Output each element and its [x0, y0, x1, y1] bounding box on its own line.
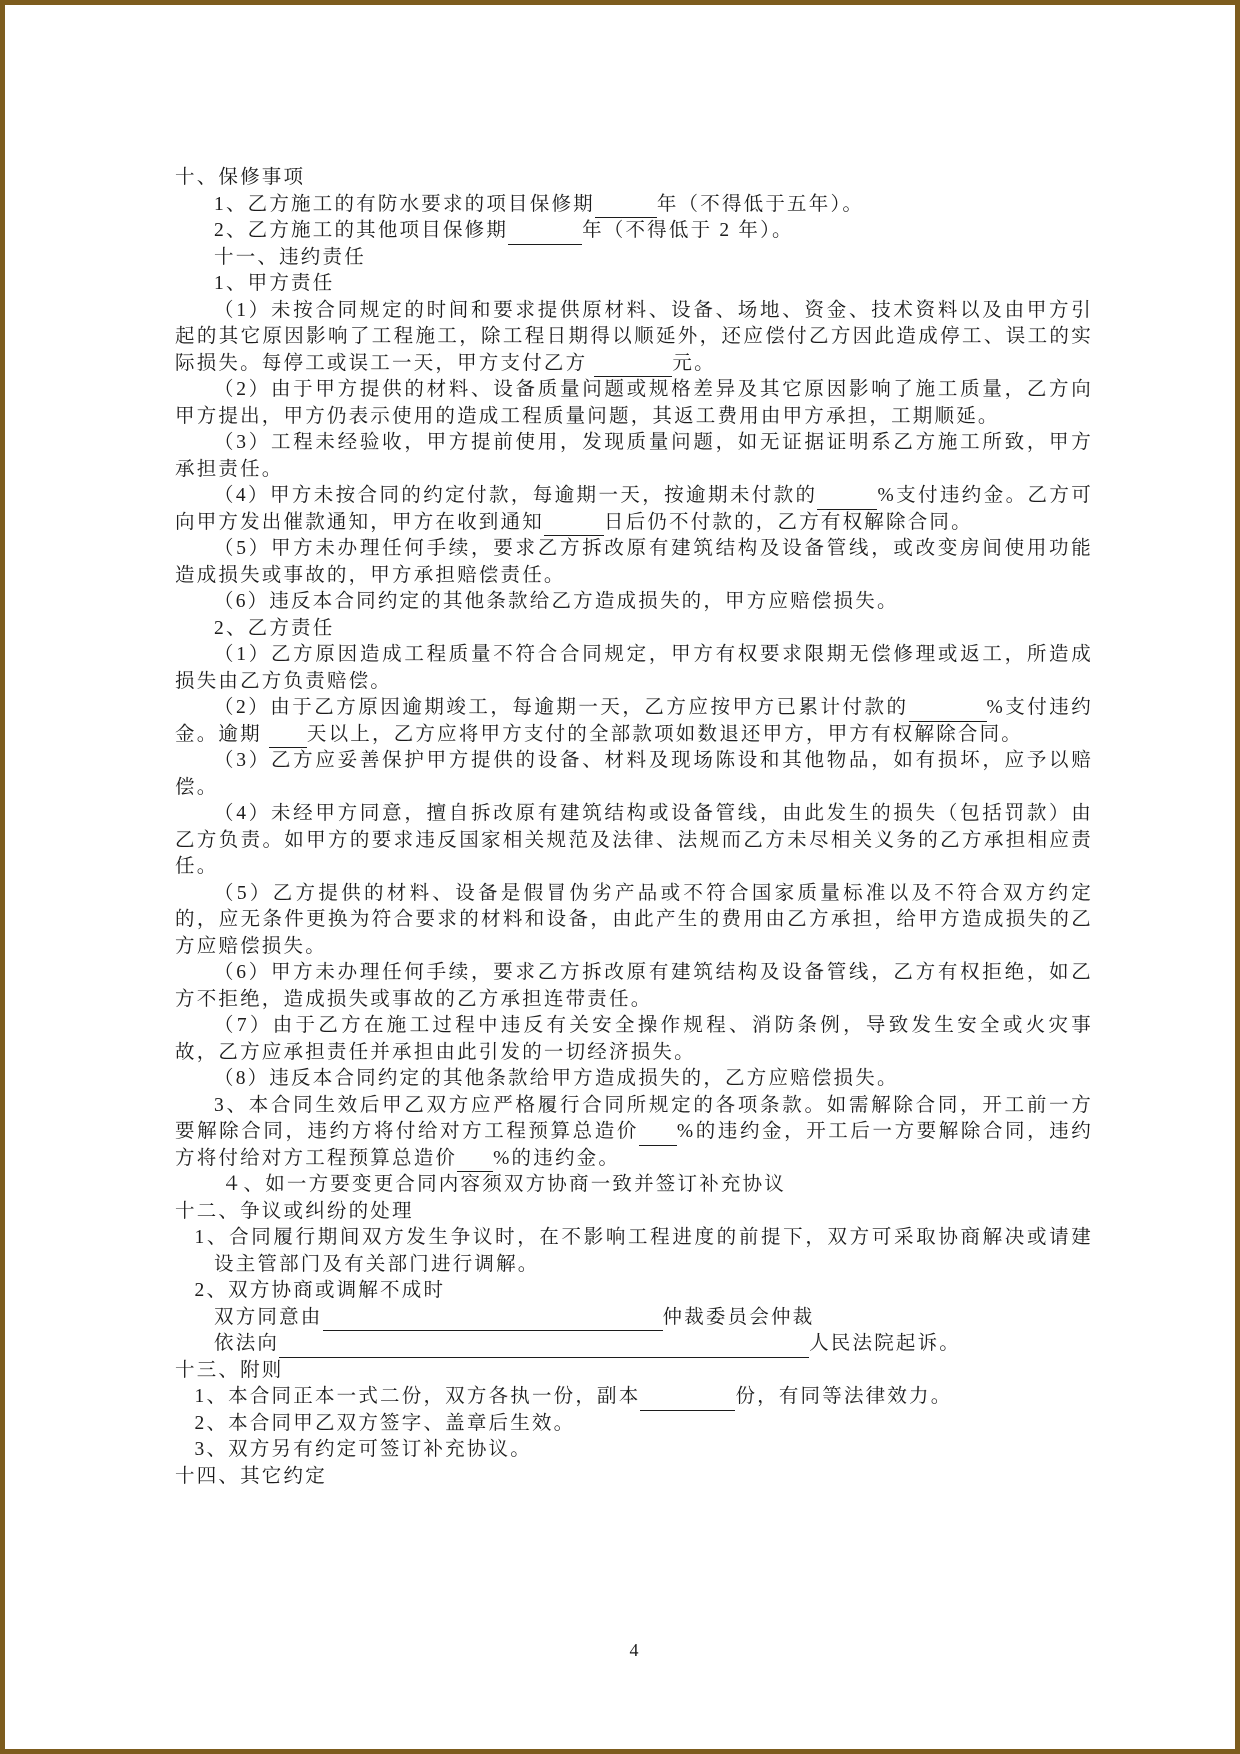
text-run: （5）甲方未办理任何手续，要求乙方拆改原有建筑结构及设备管线，或改变房间使用功能… [175, 538, 1093, 586]
text-run: （1）乙方原因造成工程质量不符合合同规定，甲方有权要求限期无偿修理或返工，所造成… [175, 644, 1093, 692]
blank-underline [595, 197, 657, 218]
dispute-item-2: 2、双方协商或调解不成时 [175, 1278, 1093, 1305]
text-run: （4）未经甲方同意，擅自拆改原有建筑结构或设备管线，由此发生的损失（包括罚款）由… [175, 803, 1093, 877]
court-line: 依法向人民法院起诉。 [175, 1331, 1093, 1358]
text-run: 2、乙方责任 [214, 618, 334, 639]
section-13-heading: 十三、附则 [175, 1358, 1093, 1385]
text-run: 2、乙方施工的其他项目保修期 [214, 220, 508, 241]
liability-clause-4: ４、如一方要变更合同内容须双方协商一致并签订补充协议 [175, 1172, 1093, 1199]
text-run: 仲裁委员会仲裁 [663, 1307, 815, 1328]
party-a-item-4: （4）甲方未按合同的约定付款，每逾期一天，按逾期未付款的%支付违约金。乙方可向甲… [175, 483, 1093, 536]
text-run: 1、合同履行期间双方发生争议时，在不影响工程进度的前提下，双方可采取协商解决或请… [195, 1227, 1094, 1275]
party-b-item-6: （6）甲方未办理任何手续，要求乙方拆改原有建筑结构及设备管线，乙方有权拒绝，如乙… [175, 960, 1093, 1013]
text-run: 十四、其它约定 [175, 1466, 327, 1487]
section-10-heading: 十、保修事项 [175, 165, 1093, 192]
text-run: 3、双方另有约定可签订补充协议。 [195, 1439, 532, 1460]
contract-page: 十、保修事项1、乙方施工的有防水要求的项目保修期年（不得低于五年）。2、乙方施工… [0, 0, 1240, 1754]
section-14-heading: 十四、其它约定 [175, 1464, 1093, 1491]
section-11-heading: 十一、违约责任 [175, 245, 1093, 272]
text-run: %的违约金。 [493, 1148, 620, 1169]
party-b-item-8: （8）违反本合同约定的其他条款给甲方造成损失的，乙方应赔偿损失。 [175, 1066, 1093, 1093]
text-run: （7）由于乙方在施工过程中违反有关安全操作规程、消防条例，导致发生安全或火灾事故… [175, 1015, 1093, 1063]
party-b-item-7: （7）由于乙方在施工过程中违反有关安全操作规程、消防条例，导致发生安全或火灾事故… [175, 1013, 1093, 1066]
party-b-item-4: （4）未经甲方同意，擅自拆改原有建筑结构或设备管线，由此发生的损失（包括罚款）由… [175, 801, 1093, 881]
text-run: （8）违反本合同约定的其他条款给甲方造成损失的，乙方应赔偿损失。 [214, 1068, 899, 1089]
party-a-liability-heading: 1、甲方责任 [175, 271, 1093, 298]
party-a-item-6: （6）违反本合同约定的其他条款给乙方造成损失的，甲方应赔偿损失。 [175, 589, 1093, 616]
text-run: （6）违反本合同约定的其他条款给乙方造成损失的，甲方应赔偿损失。 [214, 591, 899, 612]
text-run: ４、如一方要变更合同内容须双方协商一致并签订补充协议 [222, 1174, 786, 1195]
text-run: （3）工程未经验收，甲方提前使用，发现质量问题，如无证据证明系乙方施工所致，甲方… [175, 432, 1093, 480]
text-run: 依法向 [214, 1333, 279, 1354]
text-run: 日后仍不付款的，乙方有权解除合同。 [604, 512, 973, 533]
text-run: 天以上，乙方应将甲方支付的全部款项如数退还甲方，甲方有权解除合同。 [307, 724, 1023, 745]
warranty-item-2: 2、乙方施工的其他项目保修期年（不得低于 2 年）。 [175, 218, 1093, 245]
party-a-item-1: （1）未按合同规定的时间和要求提供原材料、设备、场地、资金、技术资料以及由甲方引… [175, 298, 1093, 378]
text-run: 份，有同等法律效力。 [735, 1386, 952, 1407]
party-a-item-2: （2）由于甲方提供的材料、设备质量问题或规格差异及其它原因影响了施工质量，乙方向… [175, 377, 1093, 430]
section-12-heading: 十二、争议或纠纷的处理 [175, 1199, 1093, 1226]
warranty-item-1: 1、乙方施工的有防水要求的项目保修期年（不得低于五年）。 [175, 192, 1093, 219]
party-b-item-2: （2）由于乙方原因逾期竣工，每逾期一天，乙方应按甲方已累计付款的%支付违约金。逾… [175, 695, 1093, 748]
text-run: 十三、附则 [175, 1360, 284, 1381]
blank-underline [909, 701, 987, 722]
annex-item-3: 3、双方另有约定可签订补充协议。 [175, 1437, 1093, 1464]
page-number: 4 [175, 1638, 1093, 1662]
annex-item-1: 1、本合同正本一式二份，双方各执一份，副本份，有同等法律效力。 [175, 1384, 1093, 1411]
annex-item-2: 2、本合同甲乙双方签字、盖章后生效。 [175, 1411, 1093, 1438]
blank-underline [639, 1125, 677, 1146]
text-run: 1、甲方责任 [214, 273, 334, 294]
party-a-item-3: （3）工程未经验收，甲方提前使用，发现质量问题，如无证据证明系乙方施工所致，甲方… [175, 430, 1093, 483]
blank-underline [817, 489, 877, 510]
liability-clause-3: 3、本合同生效后甲乙双方应严格履行合同所规定的各项条款。如需解除合同，开工前一方… [175, 1093, 1093, 1173]
text-run: 2、双方协商或调解不成时 [195, 1280, 446, 1301]
blank-underline [269, 727, 307, 748]
party-b-item-3: （3）乙方应妥善保护甲方提供的设备、材料及现场陈设和其他物品，如有损坏，应予以赔… [175, 748, 1093, 801]
document-body: 十、保修事项1、乙方施工的有防水要求的项目保修期年（不得低于五年）。2、乙方施工… [175, 165, 1093, 1490]
text-run: 十一、违约责任 [214, 247, 366, 268]
text-run: （4）甲方未按合同的约定付款，每逾期一天，按逾期未付款的 [214, 485, 817, 506]
text-run: 人民法院起诉。 [809, 1333, 961, 1354]
party-a-item-5: （5）甲方未办理任何手续，要求乙方拆改原有建筑结构及设备管线，或改变房间使用功能… [175, 536, 1093, 589]
text-run: 2、本合同甲乙双方签字、盖章后生效。 [195, 1413, 576, 1434]
text-run: 元。 [672, 353, 715, 374]
dispute-item-1: 1、合同履行期间双方发生争议时，在不影响工程进度的前提下，双方可采取协商解决或请… [175, 1225, 1093, 1278]
arbitration-line: 双方同意由仲裁委员会仲裁 [175, 1305, 1093, 1332]
blank-underline [457, 1151, 493, 1172]
party-b-item-1: （1）乙方原因造成工程质量不符合合同规定，甲方有权要求限期无偿修理或返工，所造成… [175, 642, 1093, 695]
blank-underline [640, 1390, 735, 1411]
party-b-item-5: （5）乙方提供的材料、设备是假冒伪劣产品或不符合国家质量标准以及不符合双方约定的… [175, 881, 1093, 961]
text-run: 年（不得低于 2 年）。 [582, 220, 794, 241]
text-run: 1、本合同正本一式二份，双方各执一份，副本 [195, 1386, 641, 1407]
text-run: 十、保修事项 [175, 167, 305, 188]
blank-underline [544, 515, 604, 536]
text-run: 年（不得低于五年）。 [657, 194, 864, 215]
text-run: 十二、争议或纠纷的处理 [175, 1201, 414, 1222]
text-run: （3）乙方应妥善保护甲方提供的设备、材料及现场陈设和其他物品，如有损坏，应予以赔… [175, 750, 1093, 798]
party-b-liability-heading: 2、乙方责任 [175, 616, 1093, 643]
blank-underline [508, 224, 582, 245]
text-run: （2）由于甲方提供的材料、设备质量问题或规格差异及其它原因影响了施工质量，乙方向… [175, 379, 1093, 427]
text-run: 双方同意由 [214, 1307, 323, 1328]
text-run: 1、乙方施工的有防水要求的项目保修期 [214, 194, 595, 215]
text-run: （2）由于乙方原因逾期竣工，每逾期一天，乙方应按甲方已累计付款的 [214, 697, 909, 718]
text-run: （6）甲方未办理任何手续，要求乙方拆改原有建筑结构及设备管线，乙方有权拒绝，如乙… [175, 962, 1093, 1010]
blank-underline [279, 1337, 809, 1358]
blank-underline [323, 1310, 663, 1331]
blank-underline [594, 356, 672, 377]
text-run: （5）乙方提供的材料、设备是假冒伪劣产品或不符合国家质量标准以及不符合双方约定的… [175, 883, 1093, 957]
